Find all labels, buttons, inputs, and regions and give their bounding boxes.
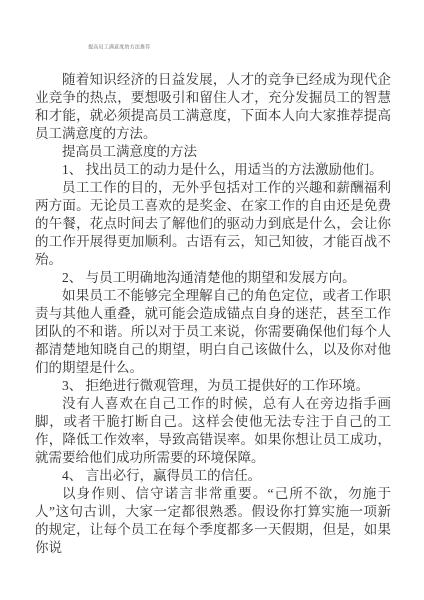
- list-item-4: 4、 言出必行，赢得员工的信任。: [35, 467, 391, 485]
- paragraph-motivation: 员工工作的目的，无外乎包括对工作的兴趣和薪酬福利两方面。无论员工喜欢的是奖金、在…: [35, 179, 391, 269]
- list-item-2: 2、 与员工明确地沟通清楚他的期望和发展方向。: [35, 269, 391, 287]
- intro-paragraph: 随着知识经济的日益发展，人才的竞争已经成为现代企业竞争的热点，要想吸引和留住人才…: [35, 71, 391, 143]
- section-title: 提高员工满意度的方法: [35, 143, 391, 161]
- running-header: 提高员工满意度的方法推荐: [88, 44, 151, 50]
- list-item-3: 3、 拒绝进行微观管理，为员工提供好的工作环境。: [35, 377, 391, 395]
- paragraph-expectations: 如果员工不能够完全理解自己的角色定位，或者工作职责与其他人重叠，就可能会造成锚点…: [35, 287, 391, 377]
- document-page: 提高员工满意度的方法推荐 随着知识经济的日益发展，人才的竞争已经成为现代企业竞争…: [0, 0, 424, 600]
- paragraph-trust: 以身作则、信守诺言非常重要。“己所不欲，勿施于人”这句古训，大家一定都很熟悉。假…: [35, 485, 391, 557]
- paragraph-micromanagement: 没有人喜欢在自己工作的时候，总有人在旁边指手画脚，或者干脆打断自己。这样会使他无…: [35, 395, 391, 467]
- list-item-1: 1、 找出员工的动力是什么，用适当的方法激励他们。: [35, 161, 391, 179]
- document-body: 随着知识经济的日益发展，人才的竞争已经成为现代企业竞争的热点，要想吸引和留住人才…: [35, 71, 391, 557]
